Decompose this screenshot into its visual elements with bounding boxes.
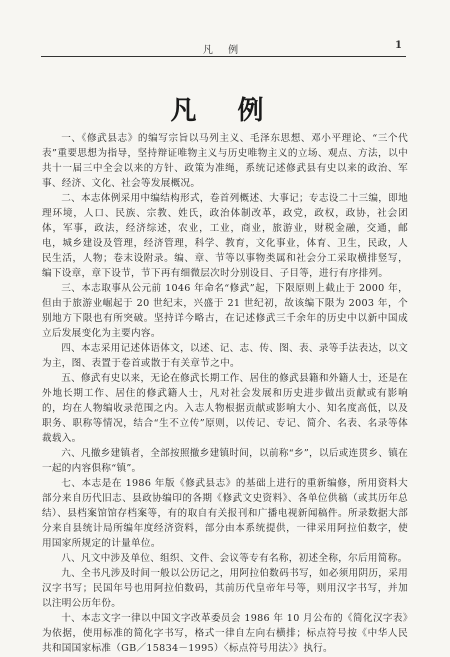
paragraph-5: 五、修武有史以来，无论在修武长期工作、居住的修武县籍和外籍人士，还是在外地长期工… xyxy=(42,371,408,446)
running-header: 凡 例 1 xyxy=(41,38,406,57)
running-title: 凡 例 xyxy=(41,41,406,56)
paragraph-4: 四、本志采用记述体语体文，以述、记、志、传、图、表、录等手法表达，以文为主，图、… xyxy=(42,341,408,371)
paragraph-9: 九、全书凡涉及时间一般以公历记之，用阿拉伯数码书写，如必须用阴历，采用汉字书写；… xyxy=(42,566,408,611)
paragraph-7: 七、本志是在 1986 年版《修武县志》的基础上进行的重新编修，所用资料大部分来… xyxy=(42,476,408,551)
paragraph-2: 二、本志体例采用中编结构形式，卷首列概述、大事记；专志设二十三编，即地理环境，人… xyxy=(42,191,408,281)
page-title: 凡 例 xyxy=(0,90,450,127)
paragraph-8: 八、凡文中涉及单位、组织、文件、会议等专有名称，初述全称，尔后用简称。 xyxy=(42,551,408,566)
paragraph-3: 三、本志取事从公元前 1046 年命名“修武”起，下限原则上截止于 2000 年… xyxy=(42,281,408,341)
body-text: 一、《修武县志》的编写宗旨以马列主义、毛泽东思想、邓小平理论、“三个代表”重要思… xyxy=(42,131,408,656)
paragraph-10: 十、本志文字一律以中国文字改革委员会 1986 年 10 月公布的《简化汉字表》… xyxy=(42,611,408,656)
paragraph-1: 一、《修武县志》的编写宗旨以马列主义、毛泽东思想、邓小平理论、“三个代表”重要思… xyxy=(42,131,408,191)
paragraph-6: 六、凡撤乡建镇者，全部按照撤乡建镇时间，以前称“乡”，以后或连贯乡、镇在一起的内… xyxy=(42,446,408,476)
page-number: 1 xyxy=(395,40,402,51)
